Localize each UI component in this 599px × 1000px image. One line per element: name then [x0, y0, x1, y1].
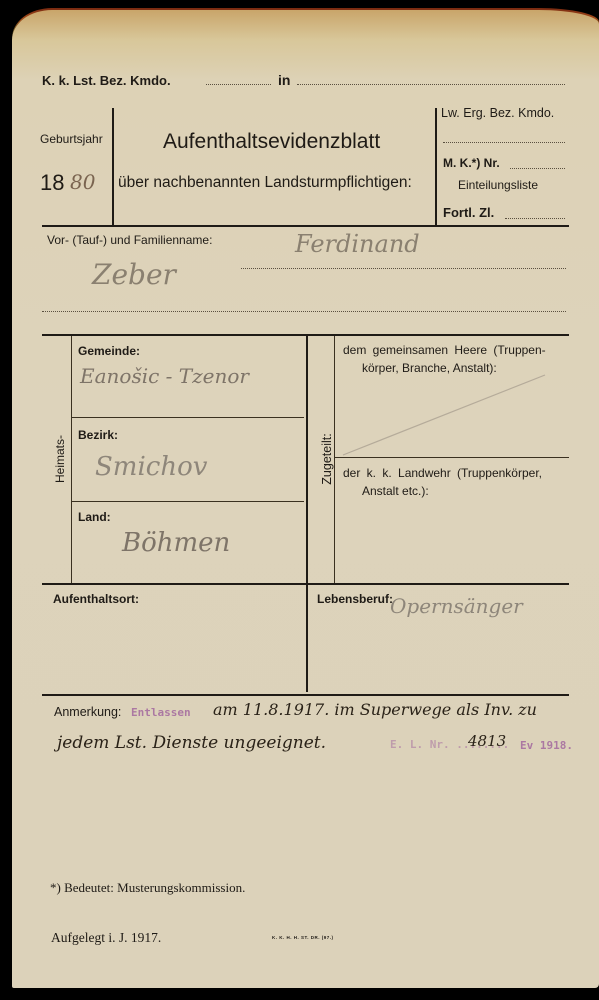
divider-birth-title [112, 108, 114, 225]
name-label: Vor- (Tauf-) und Familienname: [47, 233, 212, 247]
gemeinde-label: Gemeinde: [78, 344, 140, 358]
bezirk-label: Bezirk: [78, 428, 118, 442]
given-name-dotted-line [241, 268, 566, 269]
issued-year: Aufgelegt i. J. 1917. [51, 930, 161, 946]
rule-before-remark [42, 694, 569, 696]
heere-strike-line [340, 370, 550, 460]
zugeteilt-side-label: Zugeteilt: [320, 424, 334, 494]
reference-number-handwritten: 4813 [468, 732, 506, 750]
mk-dotted-line [510, 168, 565, 169]
in-label: in [278, 72, 290, 88]
landwehr-label-line2: Anstalt etc.): [362, 484, 429, 498]
remark-label: Anmerkung: [54, 705, 121, 719]
gemeinde-value-handwritten: Eanošic - Tzenor [80, 364, 249, 388]
birth-year-handwritten: 80 [70, 170, 95, 194]
command-label: K. k. Lst. Bez. Kmdo. [42, 73, 171, 88]
heimats-side-label: Heimats- [53, 429, 67, 489]
divider-title-lw [435, 108, 437, 225]
lebensberuf-label: Lebensberuf: [317, 592, 393, 606]
footnote: *) Bedeutet: Musterungskommission. [50, 880, 245, 896]
heimats-inner-divider [71, 336, 72, 584]
lebensberuf-value-handwritten: Opernsänger [390, 594, 523, 618]
entlassen-stamp: Entlassen [131, 706, 191, 719]
bezirk-value-handwritten: Smichov [95, 452, 207, 482]
command-dotted-line [206, 84, 271, 85]
aufenthaltsort-label: Aufenthaltsort: [53, 592, 139, 606]
remark-line2-handwritten: jedem Lst. Dienste ungeeignet. [57, 733, 326, 753]
form-subtitle: über nachbenannten Landsturmpflichtigen: [118, 174, 412, 192]
mk-label: M. K.*) Nr. [443, 156, 500, 170]
einteilungsliste-label: Einteilungsliste [458, 178, 538, 192]
land-label: Land: [78, 510, 111, 524]
given-name-handwritten: Ferdinand [295, 230, 420, 258]
lw-dotted-line [443, 142, 565, 143]
zugeteilt-inner-divider [334, 336, 335, 584]
family-name-handwritten: Zeber [92, 258, 176, 291]
rule-after-header [42, 225, 569, 227]
center-divider [306, 336, 308, 692]
form-title: Aufenthaltsevidenzblatt [163, 130, 380, 154]
rule-heere-landwehr [335, 457, 569, 458]
birth-year-label: Geburtsjahr [40, 132, 103, 146]
reference-stamp-suffix: Ev 1918. [520, 739, 573, 752]
in-dotted-line [297, 84, 565, 85]
printer-mark: K. K. H. H. ST. DR. (97.) [272, 935, 334, 940]
birth-year-prefix: 18 [40, 170, 64, 196]
rule-gemeinde-bezirk [71, 417, 304, 418]
rule-before-residence [42, 583, 569, 585]
landwehr-label-line1: der k. k. Landwehr (Truppenkörper, [343, 466, 542, 480]
remark-line1-handwritten: am 11.8.1917. im Superwege als Inv. zu [213, 700, 537, 719]
rule-bezirk-land [71, 501, 304, 502]
family-name-dotted-line [42, 311, 566, 312]
fortl-dotted-line [505, 218, 565, 219]
land-value-handwritten: Böhmen [122, 528, 230, 558]
fortl-label: Fortl. Zl. [443, 205, 494, 220]
heere-label-line1: dem gemeinsamen Heere (Truppen- [343, 343, 546, 357]
lw-label: Lw. Erg. Bez. Kmdo. [441, 106, 554, 120]
